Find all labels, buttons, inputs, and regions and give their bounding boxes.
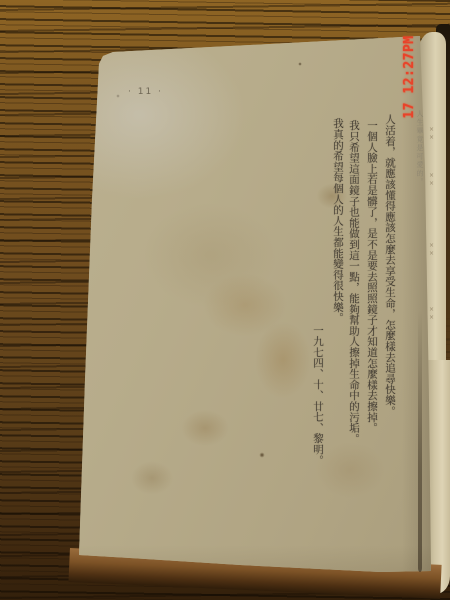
date-signature-column: 一九七四、十、廿七、黎明。 [311,325,325,465]
section-mark-1: ×× [428,126,435,142]
text-column-1: 人活着，就應該懂得應該怎麼去享受生命，怎麼樣去追尋快樂。 [383,114,397,416]
camera-timestamp-stamp: 17 12:27PM [402,35,418,119]
section-mark-3: ×× [428,242,435,258]
text-column-4: 我真的希望每個人的人生都能變得很快樂。 [331,118,345,323]
right-page-running-header: 人生畢竟是可愛的。 [415,110,425,187]
section-mark-2: ×× [428,172,435,188]
text-column-3: 我只希望這面鏡子也能做到這一點，能夠幫助人擦掉生命中的污垢。 [347,120,361,444]
text-column-2: 一個人臉上若是髒了，是不是要去照照鏡子才知道怎麼樣去擦掉。 [365,120,379,433]
gutter-crease [418,310,422,572]
section-mark-4: ×× [428,306,435,322]
page-number: · 11 · [128,87,163,97]
photo-of-open-book: · 11 · 人活着，就應該懂得應該怎麼去享受生命，怎麼樣去追尋快樂。 一個人臉… [0,0,450,600]
